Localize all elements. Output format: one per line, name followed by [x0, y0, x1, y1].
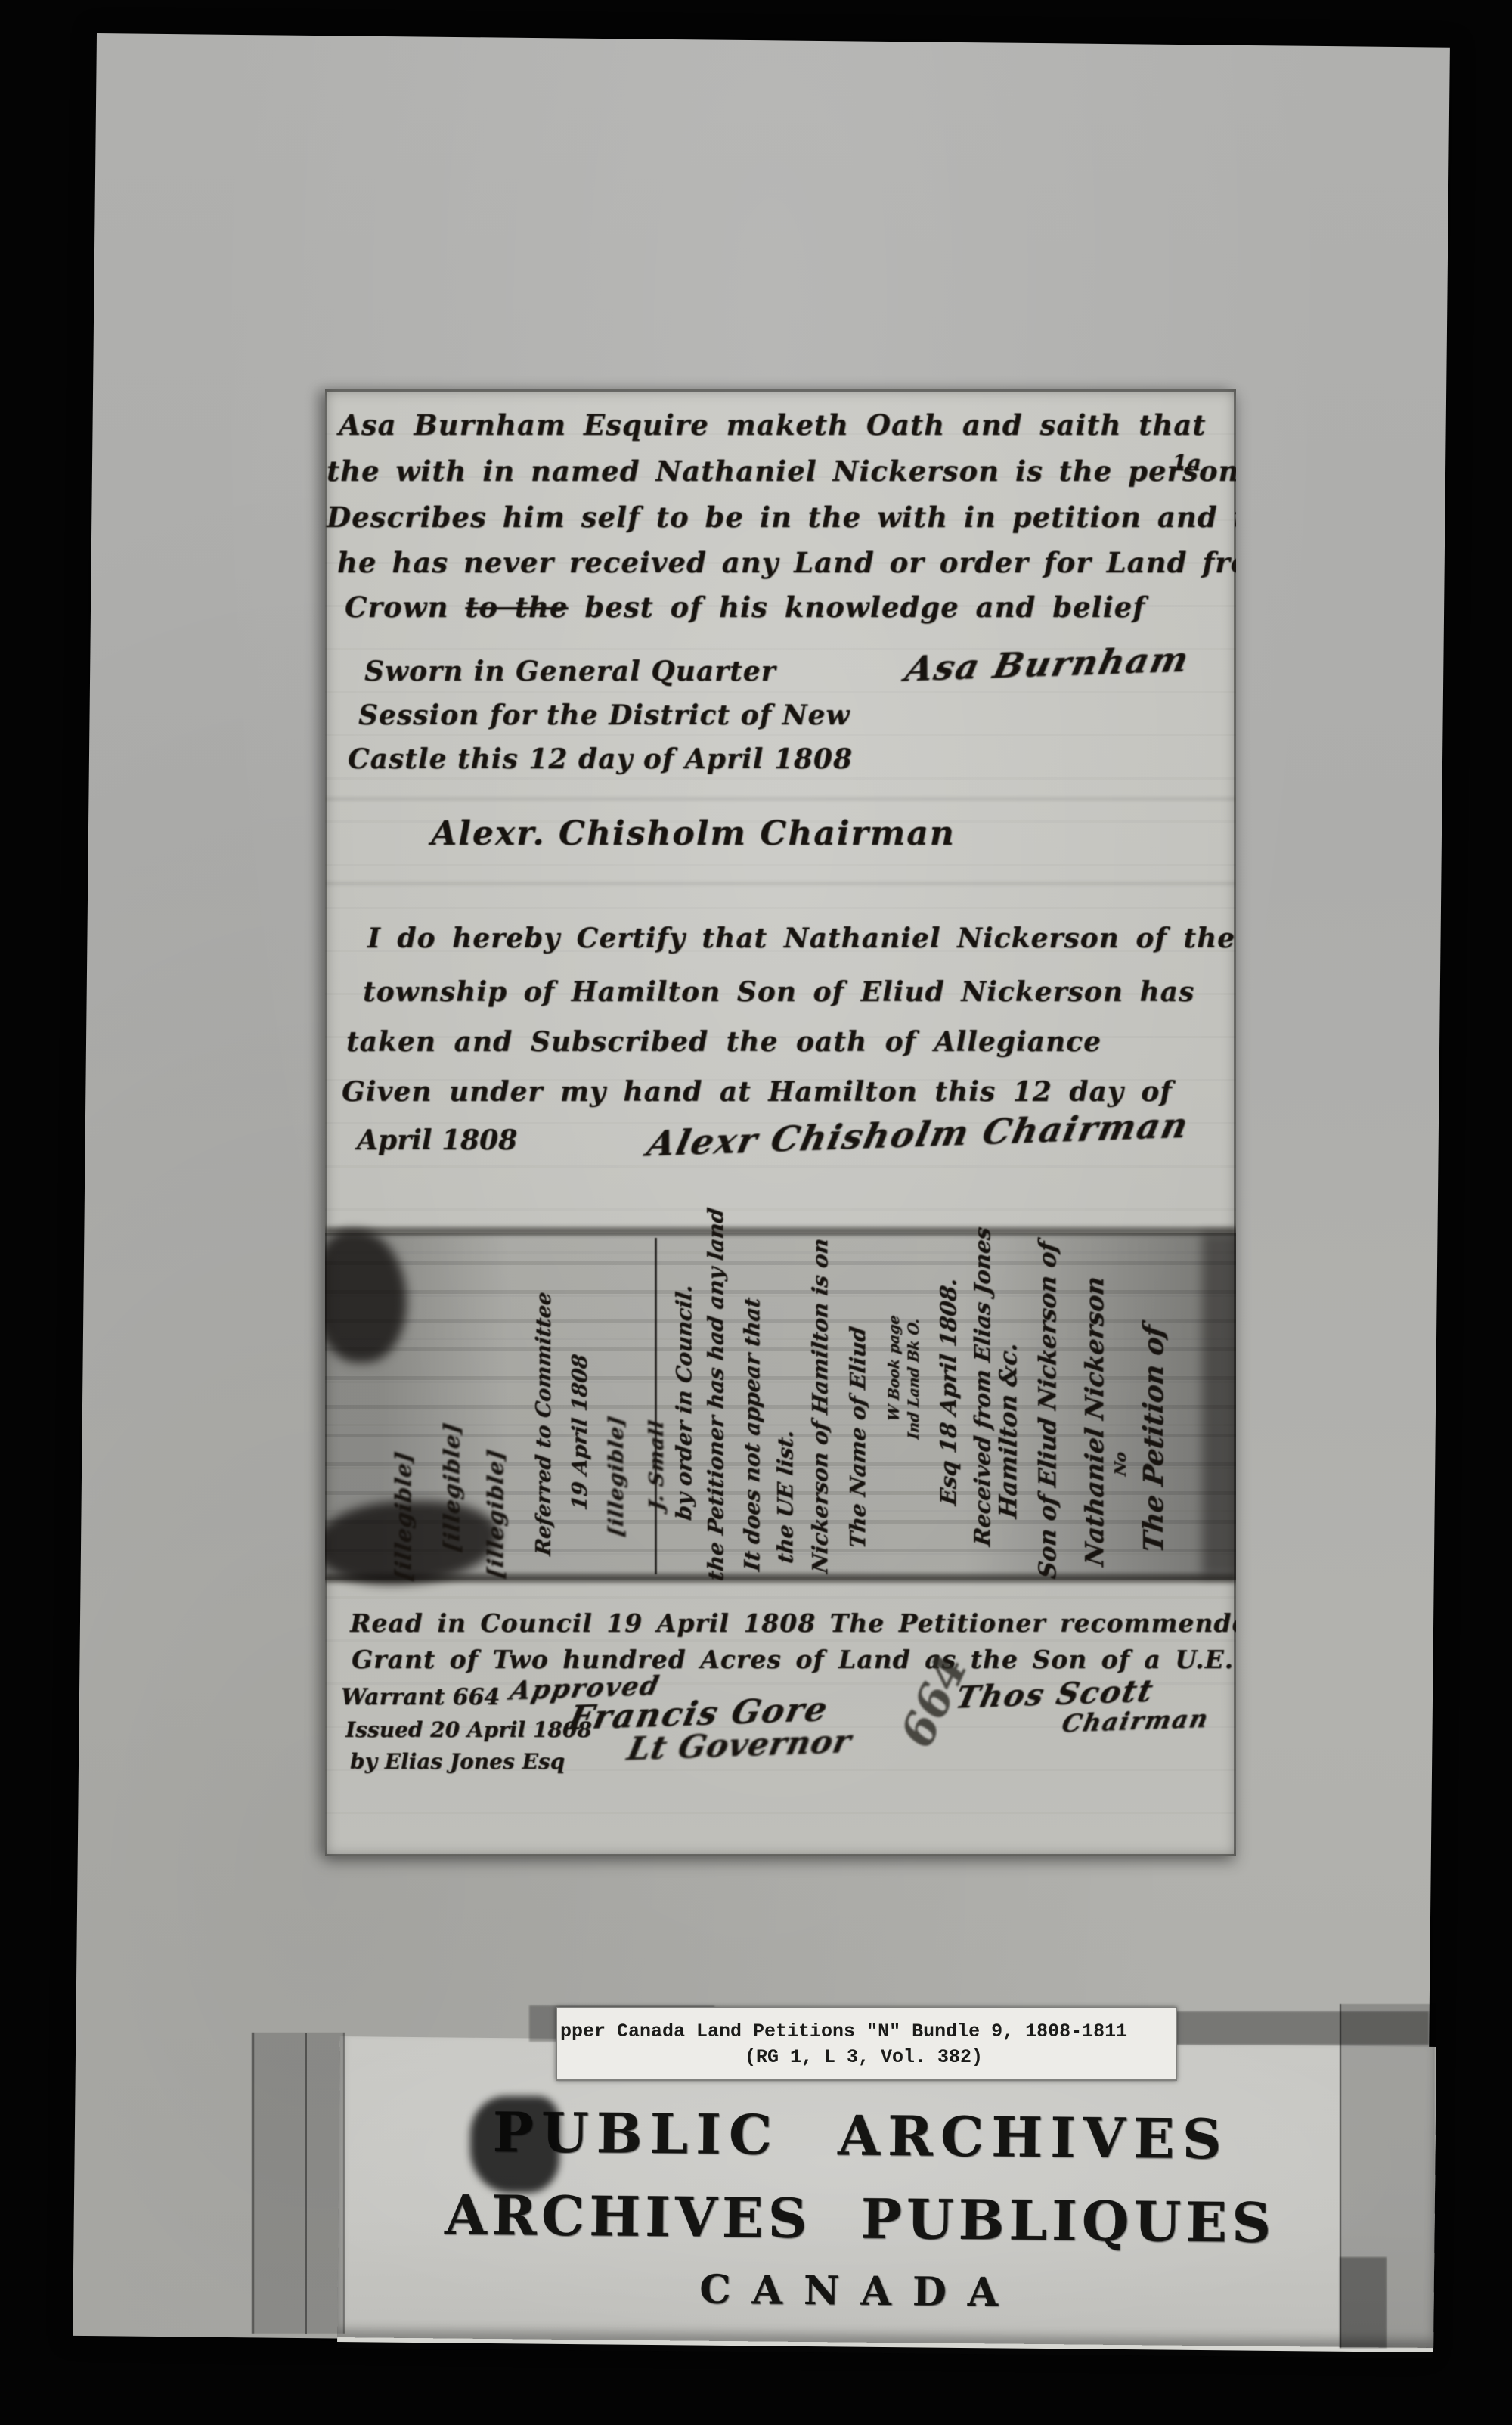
docket-referral-3: Referred to Committee	[532, 1291, 556, 1558]
sworn-line-1: Sworn in General Quarter	[364, 656, 776, 687]
oath-line-3: Describes him self to be in the with in …	[327, 501, 1236, 534]
docket-subtitle-1: Son of Eliud Nickerson of	[1034, 1240, 1061, 1580]
archive-reference-label: pper Canada Land Petitions "N" Bundle 9,…	[556, 2007, 1177, 2081]
oath-line-5: Crown to the best of his knowledge and b…	[345, 591, 1145, 624]
tape-notch-right	[1340, 2257, 1387, 2348]
warrant-number-line: Warrant 664	[341, 1684, 500, 1710]
warrant-issued-line: Issued 20 April 1808	[345, 1717, 592, 1742]
oath-line-5-pre: Crown	[345, 591, 465, 624]
petition-document: Asa Burnham Esquire maketh Oath and sait…	[325, 389, 1236, 1856]
docket-signature-1: [illegible]	[482, 1447, 508, 1580]
ink-blot-bottom-left	[470, 2096, 559, 2193]
council-line-1: Read in Council 19 April 1808 The Petiti…	[350, 1608, 1236, 1638]
docket-referral-1: [illegible]	[605, 1414, 628, 1538]
certificate-line-1: I do hereby Certify that Nathaniel Nicke…	[367, 923, 1235, 954]
docket-note-small-1: Ind Land Bk O.	[906, 1317, 922, 1440]
archive-stamp-card: PUBLIC ARCHIVES ARCHIVES PUBLIQUES CANAD…	[337, 2036, 1436, 2348]
council-line-2: Grant of Two hundred Acres of Land as th…	[352, 1645, 1236, 1674]
certificate-line-4: Given under my hand at Hamilton this 12 …	[342, 1076, 1173, 1108]
docket-referral-2: 19 April 1808	[569, 1353, 592, 1512]
sworn-line-3: Castle this 12 day of April 1808	[348, 743, 853, 775]
docket-signature-3: [illegible]	[390, 1450, 416, 1583]
stamp-archives-publiques: ARCHIVES PUBLIQUES	[338, 2182, 1382, 2256]
docket-received-1: Received from Elias Jones	[969, 1225, 995, 1547]
docket-title-no: No	[1111, 1450, 1129, 1477]
tape-edge-line	[305, 2033, 307, 2334]
docket-namecheck-2: Nickerson of Hamilton is on	[807, 1236, 832, 1574]
oath-line-5-post: best of his knowledge and belief	[568, 591, 1145, 624]
oath-line-5-struck-text: to the	[465, 591, 568, 624]
chairman-attestation-line: Alexr. Chisholm Chairman	[431, 814, 956, 853]
certificate-line-2: township of Hamilton Son of Eliud Nicker…	[363, 976, 1194, 1008]
warrant-by-line: by Elias Jones Esq	[350, 1749, 565, 1774]
oath-line-2: the with in named Nathaniel Nickerson is…	[327, 454, 1236, 488]
docket-noland-3: by order in Council.	[671, 1283, 696, 1522]
docket-signature-2: [illegible]	[438, 1421, 464, 1554]
docket-title-line-1: The Petition of	[1138, 1323, 1170, 1555]
oath-line-4: he has never received any Land or order …	[337, 546, 1236, 579]
scanned-archive-page: Asa Burnham Esquire maketh Oath and sait…	[0, 0, 1512, 2425]
paper-crease	[325, 798, 1236, 800]
label-line-2: (RG 1, L 3, Vol. 382)	[745, 2046, 983, 2068]
docket-noland-2: the Petitioner has had any land	[703, 1206, 728, 1582]
label-line-1: pper Canada Land Petitions "N" Bundle 9,…	[560, 2020, 1127, 2042]
council-chairman-title: Chairman	[1059, 1704, 1212, 1738]
docket-namecheck-1: The Name of Eliud	[845, 1325, 870, 1549]
docket-subtitle-2: Hamilton &c.	[995, 1341, 1022, 1520]
paper-crease	[325, 882, 1236, 885]
chisholm-signature: Alexr Chisholm Chairman	[643, 1105, 1193, 1164]
governor-flourish: Lt Governor	[624, 1723, 855, 1767]
certificate-line-3: taken and Subscribed the oath of Allegia…	[346, 1026, 1101, 1058]
asa-burnham-signature: Asa Burnham	[902, 639, 1194, 690]
fold-crease-bottom	[325, 1574, 1236, 1583]
docket-noland-signature: J. Small	[646, 1419, 668, 1512]
oath-line-1: Asa Burnham Esquire maketh Oath and sait…	[339, 408, 1206, 442]
fold-shadow	[1202, 1233, 1236, 1577]
docket-divider-line	[655, 1238, 657, 1574]
docket-note-small-2: W Book page	[886, 1314, 903, 1422]
fold-crease-top	[325, 1227, 1236, 1235]
tape-mark-left	[252, 2033, 345, 2334]
docket-noland-1: It does not appear that	[739, 1296, 764, 1573]
docket-title-line-2: Nathaniel Nickerson	[1080, 1275, 1109, 1568]
certificate-date: April 1808	[357, 1124, 517, 1156]
docket-namecheck-3: the UE list.	[773, 1428, 798, 1565]
docket-received-2: Esq 18 April 1808.	[935, 1276, 961, 1507]
sworn-line-2: Session for the District of New	[358, 699, 850, 731]
oath-margin-note: 1a	[1172, 450, 1201, 476]
stamp-canada: CANADA	[337, 2263, 1381, 2319]
